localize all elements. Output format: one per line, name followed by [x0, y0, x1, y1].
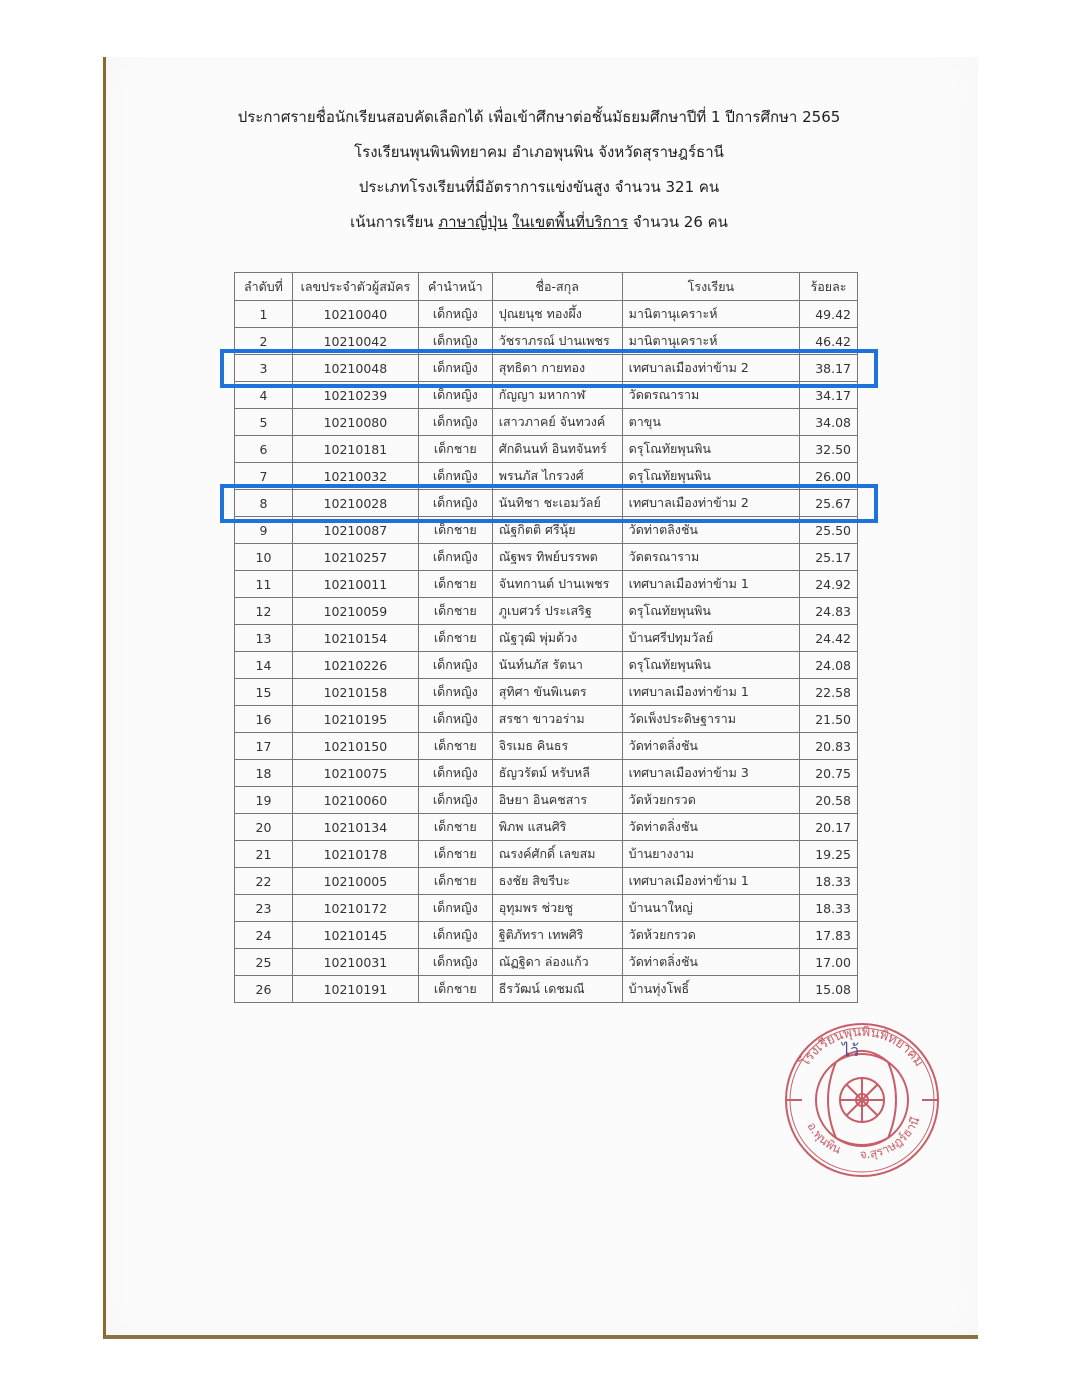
table-row: 2210210005เด็กชายธงชัย สิขรีบะเทศบาลเมือ…	[235, 868, 858, 895]
cell-school: วัดเพ็งประดิษฐาราม	[622, 706, 799, 733]
table-row: 1010210257เด็กหญิงณัฐพร ทิพย์บรรพตวัดตรณ…	[235, 544, 858, 571]
col-name: ชื่อ-สกุล	[492, 273, 622, 301]
cell-percent: 34.17	[800, 382, 858, 409]
cell-school: บ้านยางงาม	[622, 841, 799, 868]
col-rank: ลำดับที่	[235, 273, 293, 301]
cell-name: นันทิชา ชะเอมวัลย์	[492, 490, 622, 517]
cell-applicant-id: 10210060	[292, 787, 418, 814]
header-category: ประเภทโรงเรียนที่มีอัตราการแข่งขันสูง จำ…	[103, 170, 975, 205]
cell-applicant-id: 10210195	[292, 706, 418, 733]
cell-prefix: เด็กหญิง	[418, 490, 492, 517]
cell-rank: 4	[235, 382, 293, 409]
header-school: โรงเรียนพุนพินพิทยาคม อำเภอพุนพิน จังหวั…	[103, 135, 975, 170]
cell-school: เทศบาลเมืองท่าข้าม 1	[622, 868, 799, 895]
cell-name: ธัญวรัตม์ หรับหลี	[492, 760, 622, 787]
table-row: 510210080เด็กหญิงเสาวภาคย์ จันทวงค์ตาขุน…	[235, 409, 858, 436]
cell-percent: 20.75	[800, 760, 858, 787]
table-row: 210210042เด็กหญิงวัชราภรณ์ ปานเพชรมานิตา…	[235, 328, 858, 355]
cell-name: สุทิศา ขันพิเนตร	[492, 679, 622, 706]
cell-school: มานิตานุเคราะห์	[622, 301, 799, 328]
cell-rank: 25	[235, 949, 293, 976]
program-name: ภาษาญี่ปุ่น	[438, 213, 507, 231]
cell-applicant-id: 10210154	[292, 625, 418, 652]
cell-applicant-id: 10210134	[292, 814, 418, 841]
cell-prefix: เด็กหญิง	[418, 463, 492, 490]
table-row: 1910210060เด็กหญิงอิษยา อินคชสารวัดห้วยก…	[235, 787, 858, 814]
cell-percent: 26.00	[800, 463, 858, 490]
cell-prefix: เด็กหญิง	[418, 922, 492, 949]
cell-percent: 24.08	[800, 652, 858, 679]
cell-rank: 11	[235, 571, 293, 598]
cell-school: วัดท่าตลิ่งชัน	[622, 733, 799, 760]
cell-applicant-id: 10210257	[292, 544, 418, 571]
table-row: 2510210031เด็กหญิงณัฏฐิดา ล่องแก้ววัดท่า…	[235, 949, 858, 976]
table-row: 910210087เด็กชายณัฐกิตติ ศรีนุ้ยวัดท่าตล…	[235, 517, 858, 544]
cell-prefix: เด็กชาย	[418, 976, 492, 1003]
cell-school: บ้านทุ่งโพธิ์	[622, 976, 799, 1003]
cell-rank: 12	[235, 598, 293, 625]
table-row: 310210048เด็กหญิงสุทธิดา กายทองเทศบาลเมื…	[235, 355, 858, 382]
cell-school: วัดตรณาราม	[622, 544, 799, 571]
cell-percent: 18.33	[800, 895, 858, 922]
cell-prefix: เด็กหญิง	[418, 949, 492, 976]
cell-rank: 23	[235, 895, 293, 922]
cell-applicant-id: 10210191	[292, 976, 418, 1003]
cell-school: มานิตานุเคราะห์	[622, 328, 799, 355]
cell-prefix: เด็กหญิง	[418, 328, 492, 355]
cell-applicant-id: 10210075	[292, 760, 418, 787]
stamp-top-text: โรงเรียนพุนพินพิทยาคม	[797, 1025, 926, 1070]
table-row: 1610210195เด็กหญิงสรชา ขาวอร่ามวัดเพ็งปร…	[235, 706, 858, 733]
table-row: 710210032เด็กหญิงพรนภัส ไกรวงศ์ดรุโณทัยพ…	[235, 463, 858, 490]
cell-name: กัญญา มหากาฬ	[492, 382, 622, 409]
cell-name: สุทธิดา กายทอง	[492, 355, 622, 382]
cell-prefix: เด็กหญิง	[418, 355, 492, 382]
cell-name: จิรเมธ คินธร	[492, 733, 622, 760]
cell-applicant-id: 10210181	[292, 436, 418, 463]
cell-name: พิภพ แสนศิริ	[492, 814, 622, 841]
cell-prefix: เด็กหญิง	[418, 544, 492, 571]
program-count: จำนวน 26 คน	[628, 213, 728, 231]
cell-applicant-id: 10210042	[292, 328, 418, 355]
cell-applicant-id: 10210158	[292, 679, 418, 706]
cell-applicant-id: 10210031	[292, 949, 418, 976]
cell-percent: 24.92	[800, 571, 858, 598]
cell-applicant-id: 10210145	[292, 922, 418, 949]
cell-rank: 22	[235, 868, 293, 895]
cell-percent: 17.00	[800, 949, 858, 976]
cell-applicant-id: 10210087	[292, 517, 418, 544]
cell-rank: 15	[235, 679, 293, 706]
cell-prefix: เด็กชาย	[418, 814, 492, 841]
table-row: 810210028เด็กหญิงนันทิชา ชะเอมวัลย์เทศบา…	[235, 490, 858, 517]
cell-school: เทศบาลเมืองท่าข้าม 1	[622, 571, 799, 598]
cell-prefix: เด็กชาย	[418, 733, 492, 760]
col-percent: ร้อยละ	[800, 273, 858, 301]
cell-name: ธงชัย สิขรีบะ	[492, 868, 622, 895]
cell-school: เทศบาลเมืองท่าข้าม 1	[622, 679, 799, 706]
cell-school: วัดห้วยกรวด	[622, 787, 799, 814]
cell-applicant-id: 10210059	[292, 598, 418, 625]
cell-name: อิษยา อินคชสาร	[492, 787, 622, 814]
cell-school: ดรุโณทัยพุนพิน	[622, 463, 799, 490]
cell-applicant-id: 10210178	[292, 841, 418, 868]
cell-percent: 25.67	[800, 490, 858, 517]
cell-percent: 22.58	[800, 679, 858, 706]
cell-applicant-id: 10210172	[292, 895, 418, 922]
cell-percent: 24.42	[800, 625, 858, 652]
table-row: 1210210059เด็กชายภูเบศวร์ ประเสริฐดรุโณท…	[235, 598, 858, 625]
school-seal-stamp: โรงเรียนพุนพินพิทยาคม อ.พุนพิน จ.สุราษฎร…	[776, 1020, 948, 1180]
cell-applicant-id: 10210150	[292, 733, 418, 760]
cell-percent: 20.83	[800, 733, 858, 760]
table-row: 2010210134เด็กชายพิภพ แสนศิริวัดท่าตลิ่ง…	[235, 814, 858, 841]
cell-percent: 49.42	[800, 301, 858, 328]
cell-percent: 18.33	[800, 868, 858, 895]
cell-percent: 20.17	[800, 814, 858, 841]
cell-applicant-id: 10210040	[292, 301, 418, 328]
cell-rank: 1	[235, 301, 293, 328]
cell-rank: 8	[235, 490, 293, 517]
svg-text:โรงเรียนพุนพินพิทยาคม: โรงเรียนพุนพินพิทยาคม	[797, 1025, 926, 1070]
cell-name: ฐิติภัทรา เทพศิริ	[492, 922, 622, 949]
cell-rank: 16	[235, 706, 293, 733]
cell-applicant-id: 10210239	[292, 382, 418, 409]
table-row: 2110210178เด็กชายณรงค์ศักดิ์ เลขสมบ้านยา…	[235, 841, 858, 868]
cell-rank: 9	[235, 517, 293, 544]
cell-school: บ้านนาใหญ่	[622, 895, 799, 922]
cell-percent: 25.17	[800, 544, 858, 571]
cell-rank: 17	[235, 733, 293, 760]
cell-rank: 20	[235, 814, 293, 841]
cell-prefix: เด็กหญิง	[418, 382, 492, 409]
table-row: 1310210154เด็กชายณัฐวุฒิ พุ่มด้วงบ้านศรี…	[235, 625, 858, 652]
cell-school: เทศบาลเมืองท่าข้าม 2	[622, 490, 799, 517]
cell-prefix: เด็กชาย	[418, 436, 492, 463]
cell-name: ธีรวัฒน์ เดชมณี	[492, 976, 622, 1003]
cell-rank: 3	[235, 355, 293, 382]
cell-school: เทศบาลเมืองท่าข้าม 2	[622, 355, 799, 382]
cell-school: ดรุโณทัยพุนพิน	[622, 436, 799, 463]
cell-school: เทศบาลเมืองท่าข้าม 3	[622, 760, 799, 787]
header-title: ประกาศรายชื่อนักเรียนสอบคัดเลือกได้ เพื่…	[103, 100, 975, 135]
cell-school: วัดท่าตลิ่งชัน	[622, 517, 799, 544]
cell-prefix: เด็กหญิง	[418, 679, 492, 706]
cell-applicant-id: 10210005	[292, 868, 418, 895]
announcement-header: ประกาศรายชื่อนักเรียนสอบคัดเลือกได้ เพื่…	[103, 100, 975, 240]
cell-percent: 32.50	[800, 436, 858, 463]
cell-prefix: เด็กหญิง	[418, 706, 492, 733]
cell-prefix: เด็กหญิง	[418, 760, 492, 787]
program-area: ในเขตพื้นที่บริการ	[512, 213, 628, 231]
cell-rank: 5	[235, 409, 293, 436]
table-row: 610210181เด็กชายศักดินนท์ อินทจันทร์ดรุโ…	[235, 436, 858, 463]
cell-rank: 7	[235, 463, 293, 490]
cell-school: ดรุโณทัยพุนพิน	[622, 652, 799, 679]
cell-prefix: เด็กชาย	[418, 598, 492, 625]
cell-name: ณรงค์ศักดิ์ เลขสม	[492, 841, 622, 868]
cell-name: อุทุมพร ช่วยชู	[492, 895, 622, 922]
cell-percent: 34.08	[800, 409, 858, 436]
cell-rank: 18	[235, 760, 293, 787]
cell-name: ปุณยนุช ทองผึ้ง	[492, 301, 622, 328]
cell-name: พรนภัส ไกรวงศ์	[492, 463, 622, 490]
cell-applicant-id: 10210226	[292, 652, 418, 679]
cell-school: ดรุโณทัยพุนพิน	[622, 598, 799, 625]
cell-applicant-id: 10210028	[292, 490, 418, 517]
cell-name: ภูเบศวร์ ประเสริฐ	[492, 598, 622, 625]
cell-percent: 17.83	[800, 922, 858, 949]
cell-name: จันทกานต์ ปานเพชร	[492, 571, 622, 598]
cell-name: วัชราภรณ์ ปานเพชร	[492, 328, 622, 355]
cell-name: ศักดินนท์ อินทจันทร์	[492, 436, 622, 463]
cell-rank: 14	[235, 652, 293, 679]
cell-name: นันท์นภัส รัตนา	[492, 652, 622, 679]
header-program: เน้นการเรียน ภาษาญี่ปุ่น ในเขตพื้นที่บริ…	[103, 205, 975, 240]
cell-school: วัดท่าตลิ่งชัน	[622, 949, 799, 976]
cell-rank: 10	[235, 544, 293, 571]
cell-percent: 21.50	[800, 706, 858, 733]
cell-rank: 2	[235, 328, 293, 355]
cell-rank: 24	[235, 922, 293, 949]
cell-prefix: เด็กหญิง	[418, 895, 492, 922]
col-school: โรงเรียน	[622, 273, 799, 301]
cell-school: ตาขุน	[622, 409, 799, 436]
table-row: 110210040เด็กหญิงปุณยนุช ทองผึ้งมานิตานุ…	[235, 301, 858, 328]
table-row: 2410210145เด็กหญิงฐิติภัทรา เทพศิริวัดห้…	[235, 922, 858, 949]
cell-prefix: เด็กหญิง	[418, 301, 492, 328]
cell-school: วัดตรณาราม	[622, 382, 799, 409]
cell-name: ณัฏฐิดา ล่องแก้ว	[492, 949, 622, 976]
cell-prefix: เด็กหญิง	[418, 787, 492, 814]
cell-percent: 24.83	[800, 598, 858, 625]
cell-prefix: เด็กชาย	[418, 841, 492, 868]
cell-prefix: เด็กชาย	[418, 571, 492, 598]
cell-name: สรชา ขาวอร่าม	[492, 706, 622, 733]
cell-percent: 15.08	[800, 976, 858, 1003]
table-row: 1110210011เด็กชายจันทกานต์ ปานเพชรเทศบาล…	[235, 571, 858, 598]
table-row: 1710210150เด็กชายจิรเมธ คินธรวัดท่าตลิ่ง…	[235, 733, 858, 760]
signature-initials: ไว้	[840, 1041, 859, 1060]
cell-name: เสาวภาคย์ จันทวงค์	[492, 409, 622, 436]
cell-rank: 19	[235, 787, 293, 814]
cell-percent: 19.25	[800, 841, 858, 868]
col-applicant-id: เลขประจำตัวผู้สมัคร	[292, 273, 418, 301]
cell-school: บ้านศรีปทุมวัลย์	[622, 625, 799, 652]
table-header-row: ลำดับที่ เลขประจำตัวผู้สมัคร คำนำหน้า ชื…	[235, 273, 858, 301]
cell-prefix: เด็กชาย	[418, 625, 492, 652]
col-prefix: คำนำหน้า	[418, 273, 492, 301]
table-row: 2610210191เด็กชายธีรวัฒน์ เดชมณีบ้านทุ่ง…	[235, 976, 858, 1003]
cell-prefix: เด็กชาย	[418, 517, 492, 544]
cell-school: วัดห้วยกรวด	[622, 922, 799, 949]
cell-rank: 21	[235, 841, 293, 868]
table-row: 1810210075เด็กหญิงธัญวรัตม์ หรับหลีเทศบา…	[235, 760, 858, 787]
cell-rank: 26	[235, 976, 293, 1003]
program-prefix: เน้นการเรียน	[350, 213, 438, 231]
cell-applicant-id: 10210080	[292, 409, 418, 436]
cell-school: วัดท่าตลิ่งชัน	[622, 814, 799, 841]
cell-percent: 25.50	[800, 517, 858, 544]
cell-rank: 6	[235, 436, 293, 463]
cell-prefix: เด็กหญิง	[418, 652, 492, 679]
cell-applicant-id: 10210048	[292, 355, 418, 382]
cell-percent: 20.58	[800, 787, 858, 814]
cell-name: ณัฐกิตติ ศรีนุ้ย	[492, 517, 622, 544]
table-row: 2310210172เด็กหญิงอุทุมพร ช่วยชูบ้านนาให…	[235, 895, 858, 922]
table-row: 1410210226เด็กหญิงนันท์นภัส รัตนาดรุโณทั…	[235, 652, 858, 679]
cell-applicant-id: 10210032	[292, 463, 418, 490]
cell-prefix: เด็กหญิง	[418, 409, 492, 436]
cell-prefix: เด็กชาย	[418, 868, 492, 895]
cell-rank: 13	[235, 625, 293, 652]
results-table: ลำดับที่ เลขประจำตัวผู้สมัคร คำนำหน้า ชื…	[234, 272, 858, 1003]
cell-name: ณัฐวุฒิ พุ่มด้วง	[492, 625, 622, 652]
cell-percent: 38.17	[800, 355, 858, 382]
cell-name: ณัฐพร ทิพย์บรรพต	[492, 544, 622, 571]
cell-percent: 46.42	[800, 328, 858, 355]
cell-applicant-id: 10210011	[292, 571, 418, 598]
table-row: 1510210158เด็กหญิงสุทิศา ขันพิเนตรเทศบาล…	[235, 679, 858, 706]
table-row: 410210239เด็กหญิงกัญญา มหากาฬวัดตรณาราม3…	[235, 382, 858, 409]
